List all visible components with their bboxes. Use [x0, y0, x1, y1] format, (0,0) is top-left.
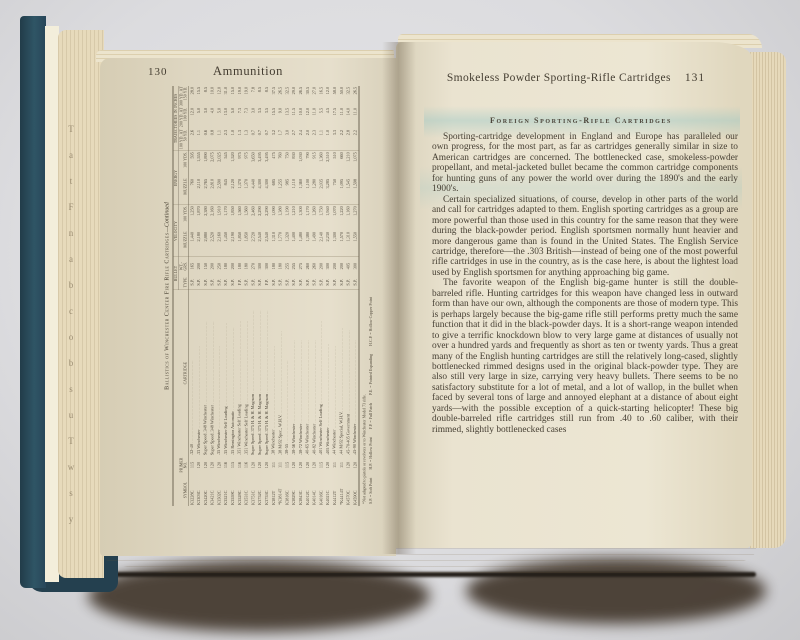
table-row: K3752C120Super Speed .375 H. & H. Magnum… — [256, 86, 263, 506]
table-cell: 1,380 — [277, 205, 284, 231]
table-cell: 1.3 — [243, 129, 250, 151]
col-traj-300yd: 300 Yd. at 150 Yd. — [179, 86, 189, 107]
table-cell: 1,070 — [331, 205, 338, 231]
table-cell: 7.8 — [250, 86, 257, 107]
table-cell: K3303C — [195, 474, 202, 506]
ghost-letter: a — [64, 142, 78, 168]
table-cell: 58.0 — [331, 86, 338, 107]
table-cell: .35 Remington Automatic ................… — [229, 290, 236, 456]
table-row: K3303C120.33 Winchester ................… — [195, 86, 202, 506]
table-cell: .401 Winchester Self Loading ...........… — [318, 290, 325, 456]
table-cell: K3753C — [263, 474, 270, 506]
table-cell: 300 — [263, 257, 270, 275]
left-page-header: 130 Ammunition — [100, 66, 396, 82]
table-cell: 2,460 — [250, 205, 257, 231]
col-symbol: Symbol — [173, 474, 189, 506]
table-row: K4570C120.45-70-405 Government .........… — [345, 86, 352, 506]
table-cell: 2,590 — [216, 178, 223, 205]
table-cell: 3.2 — [270, 129, 277, 151]
table-cell: 5.0 — [195, 107, 202, 129]
table-row: K3521C116.35 Winchester Self Loading ...… — [222, 86, 229, 506]
ghost-letter: a — [64, 246, 78, 272]
table-row: K3816C115.38-55 ........................… — [284, 86, 291, 506]
table-cell: 300 — [352, 257, 360, 275]
table-cell: 200 — [195, 257, 202, 275]
table-cell: 2,290 — [256, 205, 263, 231]
table-cell: 1,450 — [222, 231, 229, 257]
table-cell: S.P. — [243, 275, 250, 290]
table-cell: 545 — [222, 151, 229, 178]
table-cell: 120 — [352, 456, 360, 474]
table-cell: *K4414T — [338, 474, 345, 506]
table-cell: S.P. — [318, 275, 325, 290]
table-cell: 120 — [195, 456, 202, 474]
table-row: K3812T111.38 Winchester ................… — [270, 86, 277, 506]
table-cell: .38 M/92 Spec., W.H.V. .................… — [277, 290, 284, 456]
table-cell: 115 — [229, 456, 236, 474]
ballistics-table: Ballistics of Winchester Center Fire Rif… — [162, 86, 412, 506]
table-cell: 1,598 — [352, 178, 360, 205]
table-cell: S.P. — [311, 275, 318, 290]
table-cell: 15.0 — [229, 86, 236, 107]
table-cell: .38-72 Winchester ......................… — [297, 290, 304, 456]
table-title: Ballistics of Winchester Center Fire Rif… — [162, 86, 172, 506]
table-cell: 1,170 — [304, 205, 311, 231]
table-cell: 1,400 — [290, 231, 297, 257]
table-cell: 1,220 — [338, 205, 345, 231]
right-page-number: 131 — [685, 72, 705, 84]
book-cover-spine — [20, 16, 46, 588]
table-cell: 3,650 — [250, 151, 257, 178]
flyleaf-edge — [45, 26, 59, 582]
table-cell: K4412T — [331, 474, 338, 506]
table-cell: 1,170 — [222, 205, 229, 231]
table-cell: 115 — [284, 456, 291, 474]
table-cell: 2,230 — [324, 231, 331, 257]
col-traj-200yd: 200 Yd. at 100 Yd. — [179, 107, 189, 129]
table-cell: 1.1 — [216, 129, 223, 151]
table-cell: 2,140 — [318, 231, 325, 257]
table-cell: 115 — [188, 456, 195, 474]
table-cell: 11.0 — [338, 107, 345, 129]
table-cell: K4590C — [352, 474, 360, 506]
table-row: K3751C120Super Speed .375 H. & H. Magnum… — [250, 86, 257, 506]
table-cell: 180 — [236, 257, 243, 275]
table-cell: 50.0 — [338, 86, 345, 107]
table-cell: 2,290 — [263, 205, 270, 231]
table-cell: 28.0 — [188, 86, 195, 107]
ghost-letter: b — [64, 350, 78, 376]
table-cell: 1,380 — [304, 231, 311, 257]
table-cell: 1,570 — [338, 231, 345, 257]
ghost-letter: u — [64, 402, 78, 428]
table-cell: 1,370 — [243, 178, 250, 205]
table-cell: 2,110 — [195, 178, 202, 205]
table-cell: .45-90 Winchester ......................… — [352, 290, 360, 456]
table-cell: .35 Winchester .........................… — [216, 290, 223, 456]
table-cell: 32.5 — [345, 86, 352, 107]
table-cell: K3228C — [188, 474, 195, 506]
table-cell: 1,870 — [195, 205, 202, 231]
table-cell: .38-55 .................................… — [284, 290, 291, 456]
table-cell: S.P. — [304, 275, 311, 290]
table-cell: 1,310 — [270, 231, 277, 257]
ghost-letter: c — [64, 298, 78, 324]
table-row: K3559C115.35 Remington Automatic .......… — [229, 86, 236, 506]
table-cell: 2,075 — [209, 151, 216, 178]
table-cell: .40-65 Winchester ......................… — [304, 290, 311, 456]
table-cell: 14.0 — [345, 107, 352, 129]
body-paragraph: The favorite weapon of the English big-g… — [432, 278, 738, 435]
ghost-letter: o — [64, 324, 78, 350]
table-cell: S.P. — [277, 275, 284, 290]
table-cell: 2,380 — [202, 205, 209, 231]
table-cell: .38-56 Winchester ......................… — [290, 290, 297, 456]
table-cell: K3812T — [270, 474, 277, 506]
table-cell: 1,550 — [352, 231, 360, 257]
table-cell: 1,090 — [270, 205, 277, 231]
table-cell: 1.0 — [229, 129, 236, 151]
table-title-continued: —Continued — [163, 202, 170, 232]
table-cell: 2.4 — [297, 129, 304, 151]
table-cell: 26.5 — [352, 86, 360, 107]
table-cell: F.P. — [236, 275, 243, 290]
table-cell: 0.7 — [263, 129, 270, 151]
table-cell: Super Speed .348 Winchester ............… — [209, 290, 216, 456]
table-cell: .351 Winchester Self Loading ...........… — [236, 290, 243, 456]
table-cell: S.P. — [188, 275, 195, 290]
table-cell: 115 — [318, 456, 325, 474]
table-cell: 26.5 — [297, 86, 304, 107]
table-cell: 1,850 — [229, 205, 236, 231]
table-cell: .40-82 Winchester ......................… — [311, 290, 318, 456]
table-cell: 1.3 — [236, 129, 243, 151]
table-cell: 3,495 — [263, 151, 270, 178]
table-cell: S.P. — [324, 275, 331, 290]
table-cell: 1,320 — [284, 231, 291, 257]
table-cell: 180 — [222, 257, 229, 275]
table-row: K4412T111.44 Winchester ................… — [331, 86, 338, 506]
table-row: K3228C115.32-40 ........................… — [188, 86, 195, 506]
table-cell: 2,540 — [256, 231, 263, 257]
table-cell: K3829C — [290, 474, 297, 506]
table-cell: 32.5 — [284, 86, 291, 107]
ghost-letter: T — [64, 428, 78, 454]
table-cell: 13.0 — [222, 107, 229, 129]
table-cell: 120 — [345, 456, 352, 474]
table-cell: 845 — [222, 178, 229, 205]
table-cell: 3,495 — [256, 151, 263, 178]
table-cell: K3502C — [216, 474, 223, 506]
table-cell: 4,300 — [256, 178, 263, 205]
table-cell: 300 — [256, 257, 263, 275]
table-cell: .32-40 .................................… — [188, 290, 195, 456]
table-cell: 2,880 — [202, 231, 209, 257]
table-cell: 3.5 — [256, 107, 263, 129]
table-cell: 200 — [331, 257, 338, 275]
table-cell: 2,720 — [250, 231, 257, 257]
table-cell: 915 — [311, 151, 318, 178]
table-cell: 595 — [188, 151, 195, 178]
table-cell: K4012C — [304, 474, 311, 506]
ghost-letter: n — [64, 220, 78, 246]
table-cell: 111 — [270, 456, 277, 474]
table-cell: 120 — [263, 456, 270, 474]
table-cell: 1,030 — [297, 151, 304, 178]
table-cell: S.P. — [352, 275, 360, 290]
table-cell: 760 — [188, 178, 195, 205]
col-primer: Primer No. — [173, 456, 189, 474]
table-cell: 660 — [338, 151, 345, 178]
table-cell: 510 — [331, 151, 338, 178]
table-cell: 30.5 — [304, 86, 311, 107]
table-cell: 405 — [345, 257, 352, 275]
table-cell: K3420C — [202, 474, 209, 506]
table-cell: 12.0 — [304, 107, 311, 129]
table-cell: 19.0 — [236, 86, 243, 107]
table-cell: 165 — [188, 257, 195, 275]
table-cell: 4,440 — [250, 178, 257, 205]
table-cell: 19.0 — [243, 86, 250, 107]
table-cell: 120 — [202, 456, 209, 474]
table-cell: .33 Winchester .........................… — [195, 290, 202, 456]
table-cell: 3.0 — [202, 107, 209, 129]
table-cell: 120 — [324, 456, 331, 474]
table-cell: 120 — [311, 456, 318, 474]
right-running-head: Smokeless Powder Sporting-Rifle Cartridg… — [447, 72, 671, 84]
ballistics-table-rotated: Ballistics of Winchester Center Fire Rif… — [162, 86, 412, 506]
table-cell: 1,440 — [188, 231, 195, 257]
table-cell: S.P. — [195, 275, 202, 290]
table-cell: 1.1 — [318, 129, 325, 151]
table-cell: 2.3 — [222, 129, 229, 151]
photo-of-open-book: TatFnabcobsuTwsy 130 Ammunition Ballisti… — [0, 0, 800, 640]
ghost-letter: y — [64, 506, 78, 532]
table-cell: 1,850 — [243, 231, 250, 257]
table-cell: K3521C — [222, 474, 229, 506]
table-cell: 150 — [202, 257, 209, 275]
table-row: K3420C120Super Speed .348 Winchester ...… — [202, 86, 209, 506]
table-cell: 180 — [277, 257, 284, 275]
table-cell: S.P. — [250, 275, 257, 290]
table-cell: 0.8 — [209, 129, 216, 151]
table-cell: K3421C — [209, 474, 216, 506]
table-cell: 270 — [250, 257, 257, 275]
table-cell: S.P. — [331, 275, 338, 290]
table-cell: 275 — [297, 257, 304, 275]
table-cell: S.P. — [345, 275, 352, 290]
col-bullet-weight: Wt.-Grs. — [179, 257, 189, 275]
table-cell: 111 — [277, 456, 284, 474]
table-cell: S.P. — [284, 275, 291, 290]
table-cell: 1,300 — [331, 231, 338, 257]
table-cell: 1,210 — [345, 151, 352, 178]
table-cell: 1.7 — [277, 129, 284, 151]
table-cell: 200 — [229, 257, 236, 275]
table-cell: K3752C — [256, 474, 263, 506]
ghost-letter: T — [64, 116, 78, 142]
table-cell: Super Speed .348 Winchester ............… — [202, 290, 209, 456]
table-cell: 1,480 — [297, 231, 304, 257]
table-row: K3421C120Super Speed .348 Winchester ...… — [209, 86, 216, 506]
table-cell: 2.7 — [290, 129, 297, 151]
table-cell: Super Speed .375 H. & H. Magnum ........… — [256, 290, 263, 456]
table-cell: 1.0 — [324, 129, 331, 151]
table-cell: 1.1 — [195, 129, 202, 151]
ghost-letter: F — [64, 194, 78, 220]
table-cell: 1,210 — [290, 205, 297, 231]
table-cell: 3.5 — [263, 107, 270, 129]
table-cell: 116 — [236, 456, 243, 474]
table-cell: .45-70-405 Government ..................… — [345, 290, 352, 456]
table-cell: 1,260 — [311, 205, 318, 231]
table-cell: F.P. — [263, 275, 270, 290]
table-cell: K4021C — [324, 474, 331, 506]
ghost-letter: s — [64, 376, 78, 402]
table-row: K4016C115.401 Winchester Self Loading ..… — [318, 86, 325, 506]
ballistics-data-table: Symbol Primer No. Cartridge Bullet Veloc… — [172, 86, 360, 506]
table-cell: 2,160 — [209, 205, 216, 231]
table-row: K3843C120.38-72 Winchester .............… — [297, 86, 304, 506]
table-cell: 2,520 — [209, 231, 216, 257]
table-cell: 3.3 — [331, 129, 338, 151]
table-cell: 7.3 — [236, 107, 243, 129]
fore-edge-ghost-letters: TatFnabcobsuTwsy — [64, 116, 78, 532]
group-trajectories: Trajectories in Inches — [173, 86, 179, 151]
table-cell: 111 — [338, 456, 345, 474]
table-cell: 830 — [290, 151, 297, 178]
table-cell: 15.5 — [195, 86, 202, 107]
table-cell: 3.0 — [250, 107, 257, 129]
table-row: K4021C120.405 Winchester ...............… — [324, 86, 331, 506]
table-cell: 2.0 — [304, 129, 311, 151]
table-row: K3829C120.38-56 Winchester .............… — [290, 86, 297, 506]
table-cell: 180 — [270, 257, 277, 275]
table-cell: 4.5 — [324, 107, 331, 129]
table-row: K3531C116.351 Winchester Self Loading ..… — [243, 86, 250, 506]
table-cell: 16.5 — [318, 86, 325, 107]
table-cell: 37.5 — [270, 86, 277, 107]
table-cell: Super Speed .375 H. & H. Magnum ........… — [263, 290, 270, 456]
table-cell: 985 — [284, 178, 291, 205]
table-cell: 120 — [250, 456, 257, 474]
table-cell: 120 — [304, 456, 311, 474]
table-cell: 3.0 — [284, 129, 291, 151]
table-cell: 120 — [297, 456, 304, 474]
table-cell: 1,850 — [236, 231, 243, 257]
body-paragraph: Certain specialized situations, of cours… — [432, 195, 738, 279]
table-cell: 975 — [243, 151, 250, 178]
table-cell: K4016C — [318, 474, 325, 506]
table-cell: 255 — [284, 257, 291, 275]
table-row: K4012C120.40-65 Winchester .............… — [304, 86, 311, 506]
table-cell: 1,190 — [284, 205, 291, 231]
table-cell: 0.7 — [250, 129, 257, 151]
table-cell: 1,555 — [195, 151, 202, 178]
table-cell: 685 — [270, 178, 277, 205]
table-cell: 8.5 — [256, 86, 263, 107]
table-cell: .44 Winchester .........................… — [331, 290, 338, 456]
table-cell: K4570C — [345, 474, 352, 506]
table-cell: 1,490 — [311, 231, 318, 257]
table-cell: 1,520 — [229, 151, 236, 178]
table-cell: 120 — [209, 456, 216, 474]
table-cell: 200 — [209, 257, 216, 275]
table-row: *K4414T111.44 M/92 Special, W.H.V. .....… — [338, 86, 345, 506]
table-cell: 1,250 — [188, 205, 195, 231]
table-cell: S.P. — [229, 275, 236, 290]
table-cell: 5.5 — [318, 107, 325, 129]
table-cell: 260 — [311, 257, 318, 275]
table-cell: 1,270 — [352, 205, 360, 231]
table-cell: 1,545 — [345, 178, 352, 205]
ghost-letter: t — [64, 168, 78, 194]
section-heading: Foreign Sporting-Rifle Cartridges — [430, 116, 732, 125]
col-cartridge: Cartridge — [173, 290, 189, 456]
right-fore-edge — [750, 52, 786, 548]
table-cell: S.P. — [202, 275, 209, 290]
table-cell: 260 — [304, 257, 311, 275]
table-cell: 15.5 — [270, 107, 277, 129]
col-velocity-muzzle: Muzzle — [179, 231, 189, 257]
ghost-letter: b — [64, 272, 78, 298]
table-cell: 2.2 — [338, 129, 345, 151]
table-cell: .405 Winchester ........................… — [324, 290, 331, 456]
table-cell: 120 — [290, 456, 297, 474]
table-cell: 9.0 — [277, 107, 284, 129]
table-cell: 13.5 — [284, 107, 291, 129]
table-cell: S.P. — [256, 275, 263, 290]
table-cell: 2,120 — [229, 178, 236, 205]
table-cell: 12.0 — [324, 86, 331, 107]
table-cell: 1,910 — [216, 205, 223, 231]
table-cell: 29.0 — [290, 86, 297, 107]
table-cell: *K3814T — [277, 474, 284, 506]
table-cell: 2,810 — [209, 178, 216, 205]
table-cell: 5.0 — [216, 107, 223, 129]
table-cell: .38 Winchester .........................… — [270, 290, 277, 456]
table-cell: 1,280 — [311, 178, 318, 205]
table-title-text: Ballistics of Winchester Center Fire Rif… — [163, 232, 170, 389]
table-cell: K4014C — [311, 474, 318, 506]
table-cell: Super Speed .375 H. & H. Magnum ........… — [250, 290, 257, 456]
table-cell: 2.3 — [311, 129, 318, 151]
table-cell: 3,285 — [324, 178, 331, 205]
table-cell: 1,100 — [304, 178, 311, 205]
table-cell: 1,110 — [290, 178, 297, 205]
table-row: K3528C116.351 Winchester Self Loading ..… — [236, 86, 243, 506]
table-footnote: *Not adapted to pistols or revolvers or … — [360, 86, 367, 506]
table-cell: 116 — [243, 456, 250, 474]
ghost-letter: w — [64, 454, 78, 480]
table-cell: 10.0 — [209, 86, 216, 107]
table-cell: 10.0 — [297, 107, 304, 129]
table-cell: 8.5 — [263, 86, 270, 107]
table-cell: S.P. — [338, 275, 345, 290]
table-cell: 111 — [331, 456, 338, 474]
table-cell: 8.5 — [202, 86, 209, 107]
table-cell: K3559C — [229, 474, 236, 506]
table-cell: 120 — [256, 456, 263, 474]
table-cell: 1,750 — [318, 205, 325, 231]
table-row: K4590C120.45-90 Winchester .............… — [352, 86, 360, 506]
table-cell: K3816C — [284, 474, 291, 506]
right-page-header: Smokeless Powder Sporting-Rifle Cartridg… — [414, 72, 738, 84]
table-cell: 1,255 — [277, 178, 284, 205]
table-cell: 4,300 — [263, 178, 270, 205]
table-cell: 750 — [284, 151, 291, 178]
table-cell: 1,890 — [202, 151, 209, 178]
